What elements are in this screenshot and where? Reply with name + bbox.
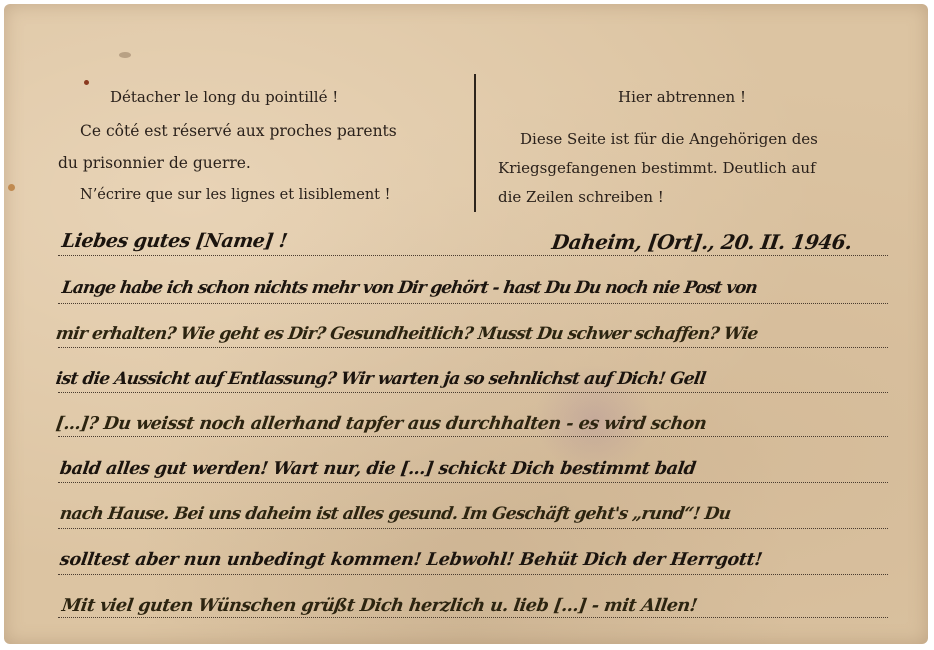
ink-speck: [8, 184, 15, 191]
french-heading: Détacher le long du pointillé !: [110, 90, 338, 105]
letter-line: ist die Aussicht auf Entlassung? Wir war…: [55, 369, 707, 389]
letter-place-date: Daheim, [Ort]., 20. II. 1946.: [550, 230, 853, 254]
letter-line: mir erhalten? Wie geht es Dir? Gesundhei…: [55, 324, 759, 344]
letter-line: solltest aber nun unbedingt kommen! Lebw…: [59, 550, 764, 570]
german-instruction-line3: die Zeilen schreiben !: [498, 190, 664, 205]
letter-line: Mit viel guten Wünschen grüßt Dich herzl…: [61, 596, 699, 616]
letter-line: bald alles gut werden! Wart nur, die [..…: [59, 459, 697, 479]
letter-salutation: Liebes gutes [Name] !: [60, 230, 288, 252]
writing-line-7: [58, 528, 888, 529]
writing-line-4: [58, 392, 888, 393]
writing-line-3: [58, 347, 888, 348]
french-instruction-line1: Ce côté est réservé aux proches parents: [80, 124, 397, 140]
smudge: [119, 52, 131, 58]
letter-line: Lange habe ich schon nichts mehr von Dir…: [61, 278, 759, 298]
french-instruction-line3: N’écrire que sur les lignes et lisibleme…: [80, 188, 390, 203]
writing-line-6: [58, 482, 888, 483]
german-instruction-line1: Diese Seite ist für die Angehörigen des: [520, 132, 818, 147]
writing-line-8: [58, 574, 888, 575]
detach-divider: [474, 74, 476, 212]
german-heading: Hier abtrennen !: [618, 90, 746, 105]
writing-line-9: [58, 617, 888, 618]
french-instruction-line2: du prisonnier de guerre.: [58, 156, 251, 172]
writing-line-2: [58, 303, 888, 304]
writing-line-1: [58, 255, 888, 256]
german-instruction-line2: Kriegsgefangenen bestimmt. Deutlich auf: [498, 161, 816, 176]
postcard: Détacher le long du pointillé ! Ce côté …: [4, 4, 928, 644]
letter-line: [...]? Du weisst noch allerhand tapfer a…: [55, 414, 708, 434]
letter-line: nach Hause. Bei uns daheim ist alles ges…: [59, 504, 732, 524]
ink-speck: [84, 80, 89, 85]
writing-line-5: [58, 436, 888, 437]
